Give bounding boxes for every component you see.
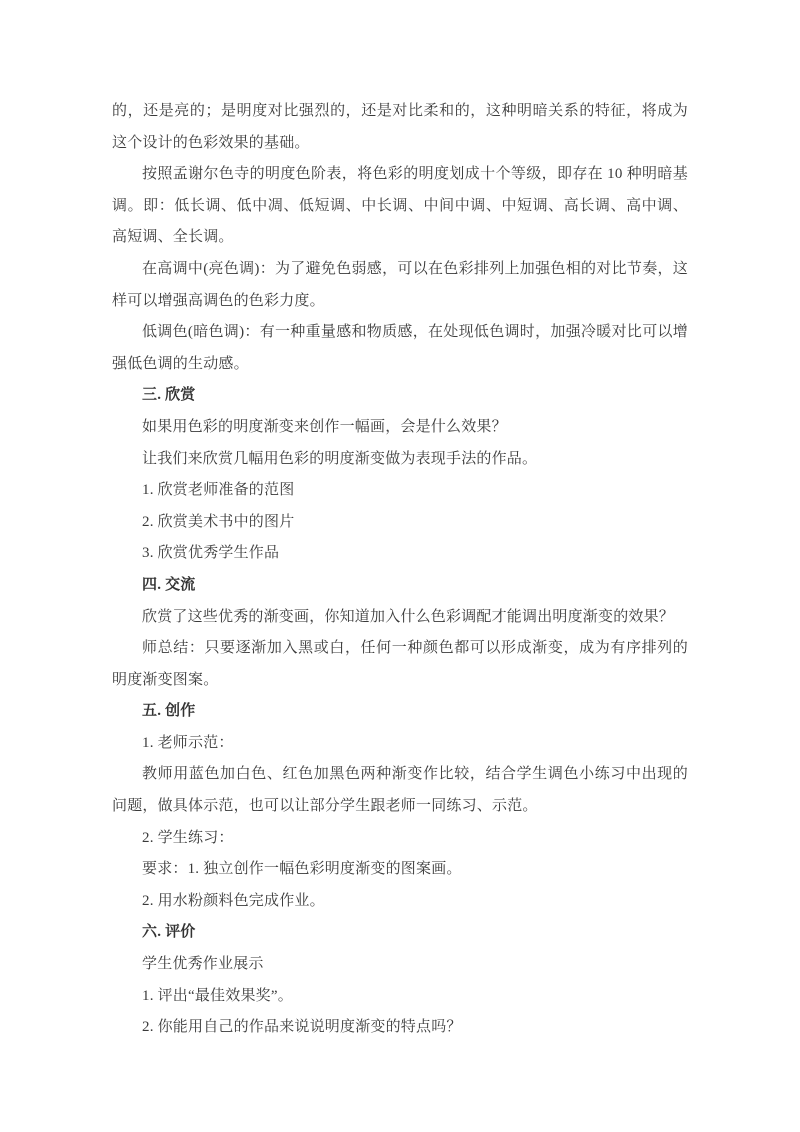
section-heading: 五. 创作 — [112, 696, 688, 728]
list-item: 1. 欣赏老师准备的范图 — [112, 475, 688, 507]
list-item: 2. 你能用自己的作品来说说明度渐变的特点吗？ — [112, 1012, 688, 1044]
list-item: 3. 欣赏优秀学生作品 — [112, 538, 688, 570]
paragraph: 如果用色彩的明度渐变来创作一幅画，会是什么效果？ — [112, 412, 688, 444]
list-item: 2. 欣赏美术书中的图片 — [112, 507, 688, 539]
list-item: 1. 评出“最佳效果奖”。 — [112, 981, 688, 1013]
section-heading: 三. 欣赏 — [112, 380, 688, 412]
list-item: 1. 老师示范： — [112, 728, 688, 760]
paragraph: 教师用蓝色加白色、红色加黑色两种渐变作比较，结合学生调色小练习中出现的问题，做具… — [112, 759, 688, 822]
list-item: 2. 学生练习： — [112, 823, 688, 855]
paragraph: 按照孟谢尔色寺的明度色阶表，将色彩的明度划成十个等级，即存在 10 种明暗基调。… — [112, 159, 688, 254]
paragraph: 师总结：只要逐渐加入黑或白，任何一种颜色都可以形成渐变，成为有序排列的明度渐变图… — [112, 633, 688, 696]
list-item: 要求：1. 独立创作一幅色彩明度渐变的图案画。 — [112, 854, 688, 886]
paragraph: 欣赏了这些优秀的渐变画，你知道加入什么色彩调配才能调出明度渐变的效果？ — [112, 602, 688, 634]
document-body: 的，还是亮的；是明度对比强烈的，还是对比柔和的，这种明暗关系的特征，将成为这个设… — [112, 96, 688, 1044]
paragraph: 在高调中(亮色调)：为了避免色弱感，可以在色彩排列上加强色相的对比节奏，这样可以… — [112, 254, 688, 317]
section-heading: 四. 交流 — [112, 570, 688, 602]
paragraph: 的，还是亮的；是明度对比强烈的，还是对比柔和的，这种明暗关系的特征，将成为这个设… — [112, 96, 688, 159]
paragraph: 学生优秀作业展示 — [112, 949, 688, 981]
document-page: 的，还是亮的；是明度对比强烈的，还是对比柔和的，这种明暗关系的特征，将成为这个设… — [0, 0, 800, 1132]
paragraph: 低调色(暗色调)：有一种重量感和物质感，在处现低色调时，加强冷暖对比可以增强低色… — [112, 317, 688, 380]
section-heading: 六. 评价 — [112, 917, 688, 949]
list-item: 2. 用水粉颜料色完成作业。 — [112, 886, 688, 918]
paragraph: 让我们来欣赏几幅用色彩的明度渐变做为表现手法的作品。 — [112, 444, 688, 476]
